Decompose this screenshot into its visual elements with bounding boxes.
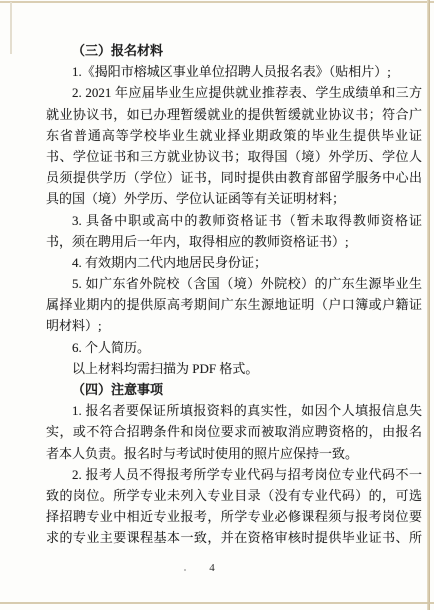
text-line: 者本人负责。报名时与考试时使用的照片应保持一致。	[46, 443, 422, 464]
page-edge-bottom	[0, 602, 434, 604]
page-edge-right	[427, 0, 430, 610]
text-line: 属择业期内的提供原高考期间广东生源地证明（户口簿或户籍证	[46, 294, 422, 315]
page-edge-left-artifact	[10, 2, 12, 54]
page-edge-top	[0, 1, 434, 3]
text-line: 员须提供学历（学位）证书，同时提供由教育部留学服务中心出	[46, 167, 422, 188]
scanned-document-page: （三）报名材料1.《揭阳市榕城区事业单位招聘人员报名表》（贴相片）;2. 202…	[0, 0, 434, 610]
document-text-block: （三）报名材料1.《揭阳市榕城区事业单位招聘人员报名表》（贴相片）;2. 202…	[46, 40, 422, 549]
text-line: 就业协议书，如已办理暂缓就业的提供暂缓就业协议书；符合广	[46, 104, 422, 125]
text-line: （四）注意事项	[46, 379, 422, 400]
text-line: 6. 个人简历。	[46, 337, 422, 358]
text-line: 求的专业主要课程基本一致，并在资格审核时提供毕业证书、所	[46, 527, 422, 548]
text-line: 3. 具备中职或高中的教师资格证书（暂未取得教师资格证	[46, 210, 422, 231]
text-line: 明材料）;	[46, 315, 422, 336]
text-line: （三）报名材料	[46, 40, 422, 61]
text-line: 实，或不符合招聘条件和岗位要求而被取消应聘资格的，由报名	[46, 421, 422, 442]
text-line: 书，须在聘用后一年内，取得相应的教师资格证书）;	[46, 231, 422, 252]
text-line: 致的岗位。所学专业未列入专业目录（没有专业代码）的，可选	[46, 485, 422, 506]
text-line: 5. 如广东省外院校（含国（境）外院校）的广东生源毕业生	[46, 273, 422, 294]
text-line: 东省普通高等学校毕业生就业择业期政策的毕业生提供毕业证	[46, 125, 422, 146]
text-line: 1. 报名者要保证所填报资料的真实性，如因个人填报信息失	[46, 400, 422, 421]
text-line: 书、学位证书和三方就业协议书；取得国（境）外学历、学位人	[46, 146, 422, 167]
page-number: 4	[202, 560, 222, 576]
text-line: 2. 报考人员不得报考所学专业代码与招考岗位专业代码不一	[46, 464, 422, 485]
text-line: 2. 2021 年应届毕业生应提供就业推荐表、学生成绩单和三方	[46, 82, 422, 103]
text-line: 1.《揭阳市榕城区事业单位招聘人员报名表》（贴相片）;	[46, 61, 422, 82]
scan-speck	[184, 569, 186, 571]
text-line: 4. 有效期内二代内地居民身份证；	[46, 252, 422, 273]
text-line: 具的国（境）外学历、学位认证函等有关证明材料；	[46, 188, 422, 209]
text-line: 择招聘专业中相近专业报考，所学专业必修课程须与报考岗位要	[46, 506, 422, 527]
text-line: 以上材料均需扫描为 PDF 格式。	[46, 358, 422, 379]
